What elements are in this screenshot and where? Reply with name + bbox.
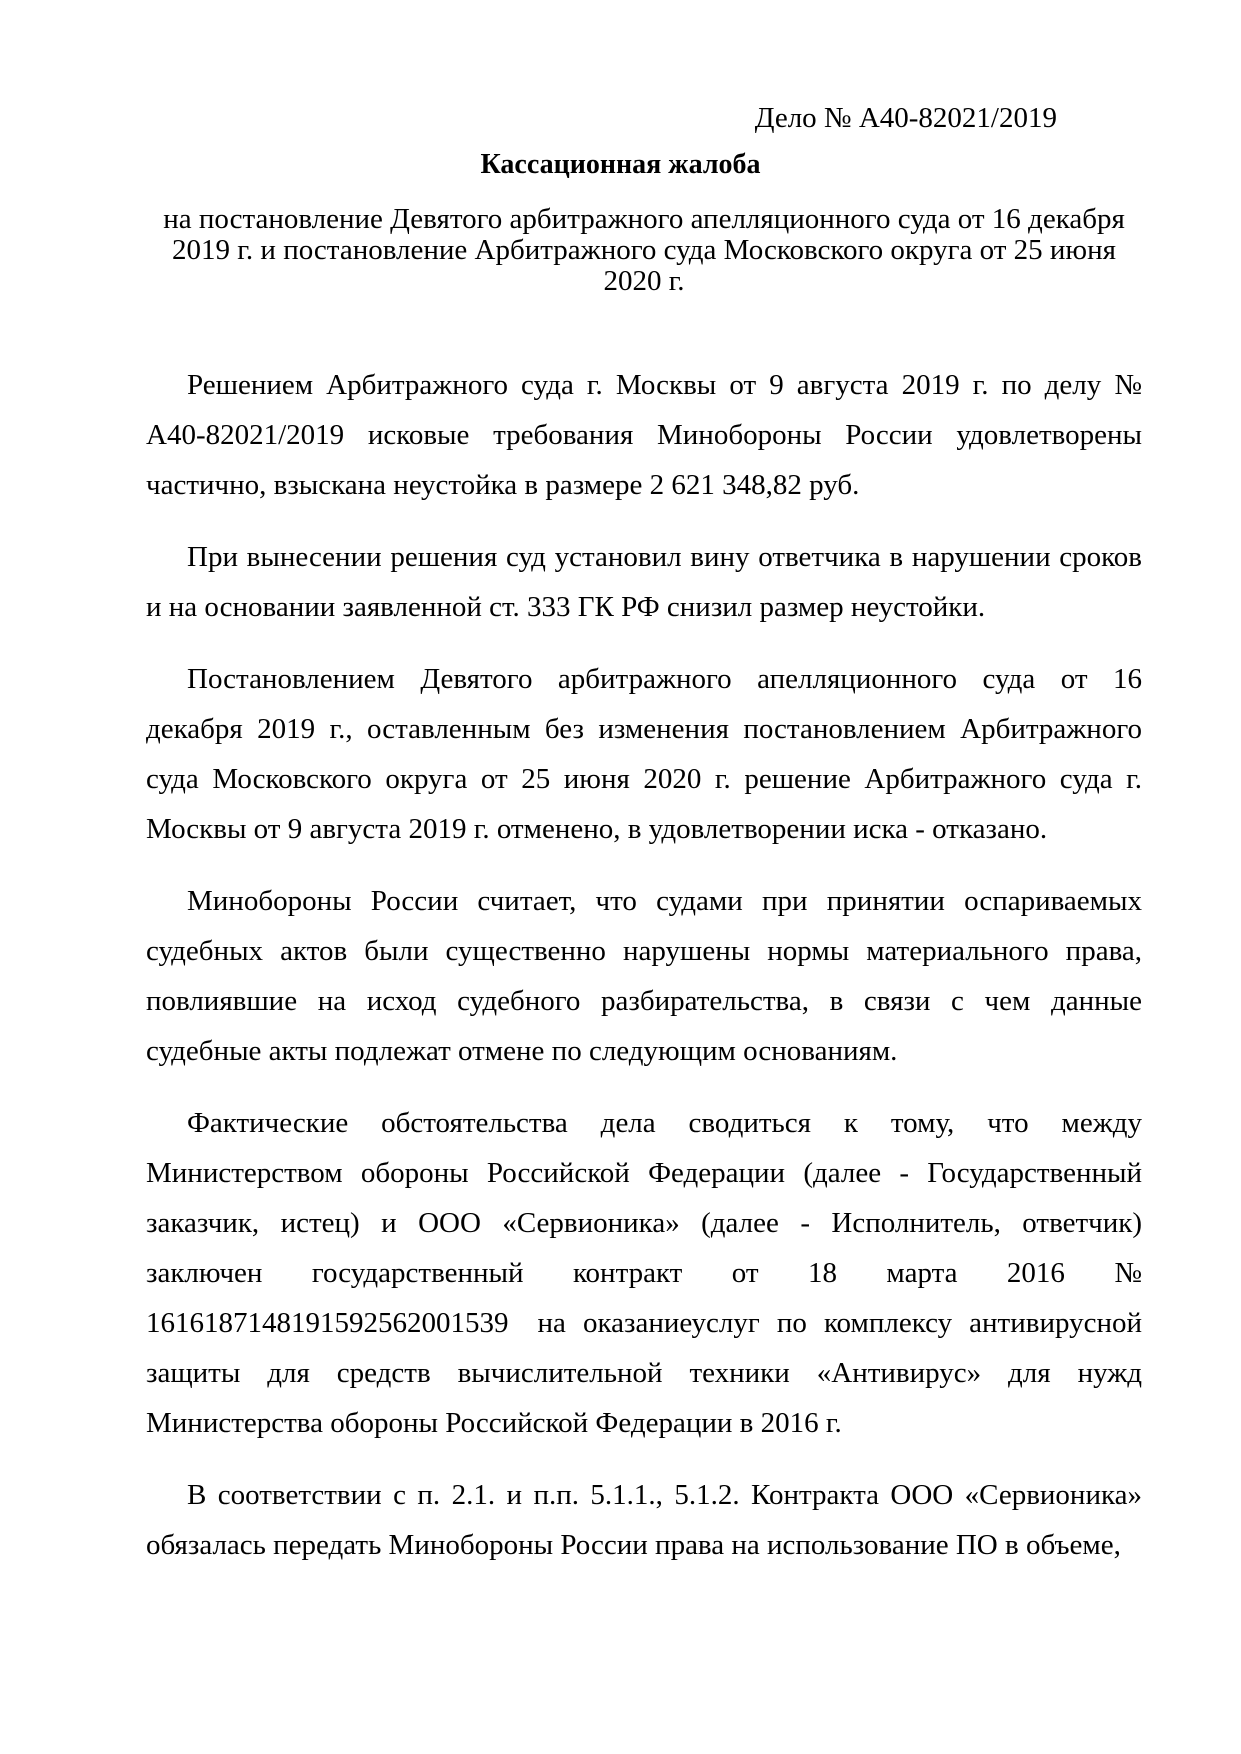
text-line: защиты для средств вычислительной техник… — [146, 1348, 1142, 1398]
text-line: повлиявшие на исход судебного разбирател… — [146, 976, 1142, 1026]
document-body: Решением Арбитражного суда г. Москвы от … — [146, 360, 1142, 1570]
subtitle-line: 2019 г. и постановление Арбитражного суд… — [146, 235, 1142, 266]
text-line: Министерством обороны Российской Федерац… — [146, 1148, 1142, 1198]
text-line: 1616187148191592562001539 на оказаниеусл… — [146, 1298, 1142, 1348]
text-line: заключен государственный контракт от 18 … — [146, 1248, 1142, 1298]
text-line: заказчик, истец) и ООО «Сервионика» (дал… — [146, 1198, 1142, 1248]
text-line: судебные акты подлежат отмене по следующ… — [146, 1026, 1142, 1076]
text-line: Фактические обстоятельства дела сводитьс… — [146, 1098, 1142, 1148]
paragraph-facts: Фактические обстоятельства дела сводитьс… — [146, 1098, 1142, 1448]
document-page: Дело № А40-82021/2019 Кассационная жалоб… — [0, 0, 1241, 1754]
text-line: суда Московского округа от 25 июня 2020 … — [146, 754, 1142, 804]
text-line: А40-82021/2019 исковые требования Минобо… — [146, 410, 1142, 460]
document-subtitle: на постановление Девятого арбитражного а… — [146, 204, 1142, 297]
paragraph-contract-terms: В соответствии с п. 2.1. и п.п. 5.1.1., … — [146, 1470, 1142, 1570]
text-line: Министерства обороны Российской Федераци… — [146, 1398, 1142, 1448]
text-line: При вынесении решения суд установил вину… — [146, 532, 1142, 582]
text-line: частично, взыскана неустойка в размере 2… — [146, 460, 1142, 510]
paragraph-appeal-ruling: Постановлением Девятого арбитражного апе… — [146, 654, 1142, 854]
text-line: декабря 2019 г., оставленным без изменен… — [146, 704, 1142, 754]
text-line: Москвы от 9 августа 2019 г. отменено, в … — [146, 804, 1142, 854]
case-number: Дело № А40-82021/2019 — [755, 102, 1057, 135]
text-line: Решением Арбитражного суда г. Москвы от … — [146, 360, 1142, 410]
text-line: обязалась передать Минобороны России пра… — [146, 1520, 1142, 1570]
paragraph-position: Минобороны России считает, что судами пр… — [146, 876, 1142, 1076]
text-line: Постановлением Девятого арбитражного апе… — [146, 654, 1142, 704]
text-line: судебных актов были существенно нарушены… — [146, 926, 1142, 976]
document-title: Кассационная жалоба — [0, 148, 1241, 182]
text-line: и на основании заявленной ст. 333 ГК РФ … — [146, 582, 1142, 632]
text-line: В соответствии с п. 2.1. и п.п. 5.1.1., … — [146, 1470, 1142, 1520]
text-line: Минобороны России считает, что судами пр… — [146, 876, 1142, 926]
paragraph-fault: При вынесении решения суд установил вину… — [146, 532, 1142, 632]
subtitle-line: 2020 г. — [146, 266, 1142, 297]
paragraph-decision: Решением Арбитражного суда г. Москвы от … — [146, 360, 1142, 510]
subtitle-line: на постановление Девятого арбитражного а… — [146, 204, 1142, 235]
